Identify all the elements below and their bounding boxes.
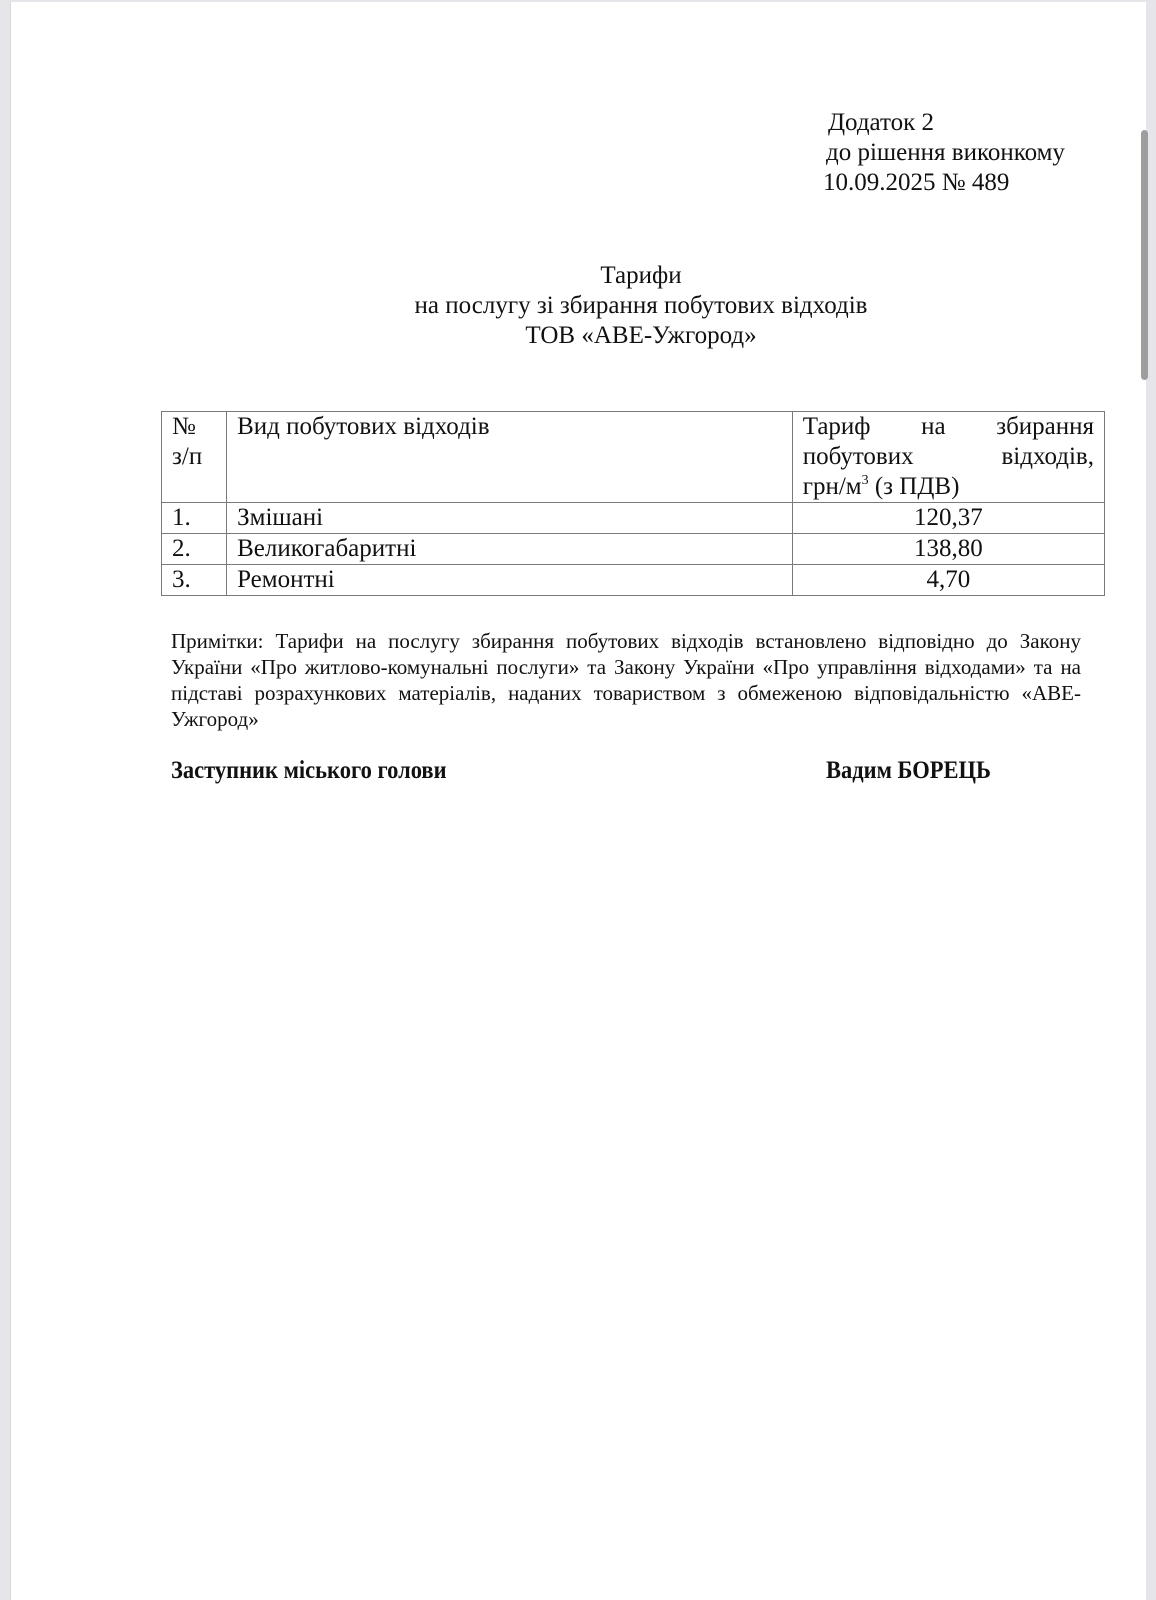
title-line-3: ТОВ «АВЕ-Ужгород»: [11, 321, 1156, 351]
table-header-row: № з/п Вид побутових відходів Тариф на зб…: [162, 412, 1105, 503]
signatory-position: Заступник міського голови: [171, 756, 447, 786]
row-tariff: 120,37: [792, 503, 1104, 534]
table-row: 1. Змішані 120,37: [162, 503, 1105, 534]
row-number: 1.: [162, 503, 227, 534]
table-row: 3. Ремонтні 4,70: [162, 565, 1105, 596]
row-number: 2.: [162, 534, 227, 565]
header-number-symbol: №: [172, 412, 216, 442]
row-number: 3.: [162, 565, 227, 596]
signatory-name: Вадим БОРЕЦЬ: [826, 756, 991, 786]
document-title: Тарифи на послугу зі збирання побутових …: [11, 261, 1156, 351]
title-line-1: Тарифи: [11, 261, 1156, 291]
header-number-label: з/п: [172, 442, 216, 472]
header-number: № з/п: [162, 412, 227, 503]
notes-paragraph: Примітки: Тарифи на послугу збирання поб…: [171, 628, 1081, 732]
addendum-date-number: 10.09.2025 № 489: [823, 168, 1065, 198]
header-tariff-line-1: Тариф на збирання: [803, 412, 1094, 442]
tariff-table: № з/п Вид побутових відходів Тариф на зб…: [161, 411, 1105, 596]
title-line-2: на послугу зі збирання побутових відході…: [11, 291, 1156, 321]
header-tariff-line-3: грн/м3 (з ПДВ): [803, 472, 1094, 502]
addendum-block: Додаток 2 до рішення виконкому 10.09.202…: [823, 108, 1065, 198]
row-tariff: 138,80: [792, 534, 1104, 565]
row-waste-type: Змішані: [227, 503, 793, 534]
header-tariff-line-2: побутових відходів,: [803, 442, 1094, 472]
document-page: Додаток 2 до рішення виконкому 10.09.202…: [10, 2, 1148, 1600]
table-row: 2. Великогабаритні 138,80: [162, 534, 1105, 565]
document-viewer: Додаток 2 до рішення виконкому 10.09.202…: [0, 0, 1156, 1600]
row-waste-type: Великогабаритні: [227, 534, 793, 565]
addendum-label: Додаток 2: [823, 108, 1065, 138]
row-tariff: 4,70: [792, 565, 1104, 596]
scrollbar-thumb[interactable]: [1141, 130, 1148, 380]
header-tariff: Тариф на збирання побутових відходів, гр…: [792, 412, 1104, 503]
header-waste-type: Вид побутових відходів: [227, 412, 793, 503]
row-waste-type: Ремонтні: [227, 565, 793, 596]
addendum-decision: до рішення виконкому: [823, 138, 1065, 168]
